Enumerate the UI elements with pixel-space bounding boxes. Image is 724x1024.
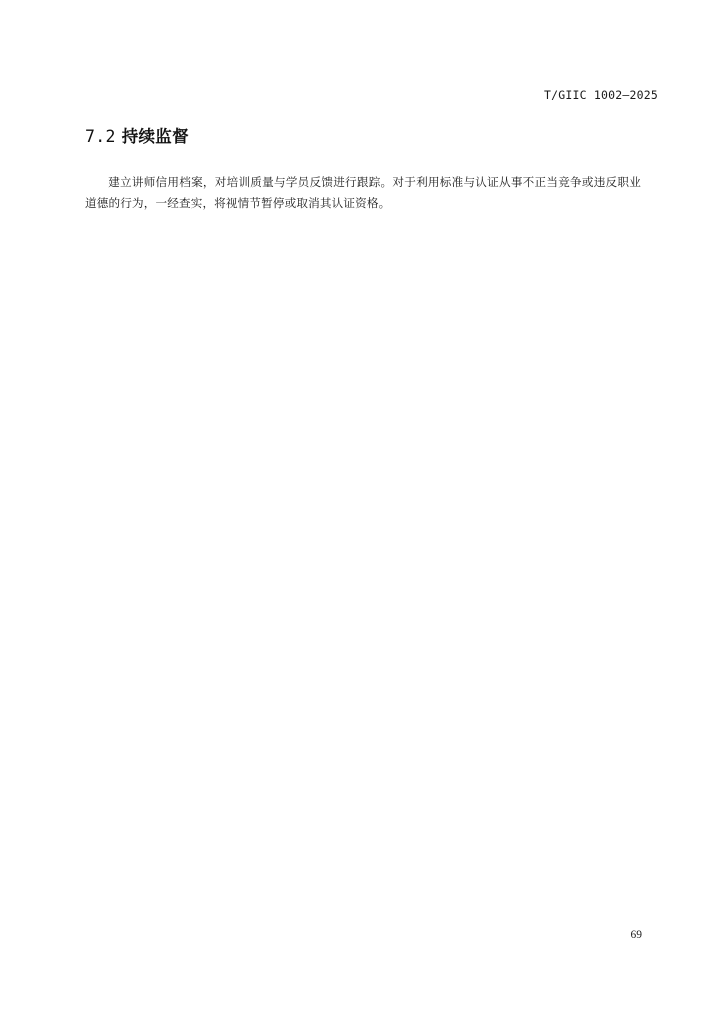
section-heading: 7.2持续监督 xyxy=(85,123,189,147)
section-title-text: 持续监督 xyxy=(122,127,189,146)
page-number: 69 xyxy=(631,929,643,941)
standard-code-header: T/GIIC 1002—2025 xyxy=(544,88,658,102)
body-paragraph: 建立讲师信用档案，对培训质量与学员反馈进行跟踪。对于利用标准与认证从事不正当竞争… xyxy=(85,172,641,214)
section-number: 7.2 xyxy=(85,127,116,146)
